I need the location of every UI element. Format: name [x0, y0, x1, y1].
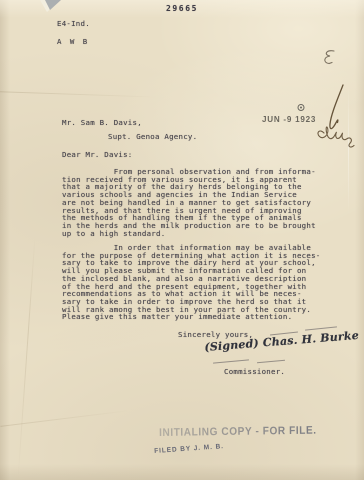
- body-paragraph-2: In order that information may be availab…: [62, 244, 320, 321]
- body-paragraph-1: From personal observation and from infor…: [62, 168, 316, 237]
- ink-initials-flourish: [312, 84, 364, 154]
- paper-crease: [17, 235, 35, 479]
- typist-initials: A W B: [57, 38, 89, 46]
- received-stamp-mark-icon: [297, 103, 305, 112]
- stamp-strike-mark: [213, 359, 249, 363]
- recipient-name: Mr. Sam B. Davis,: [62, 119, 142, 127]
- document-number: 29665: [0, 5, 364, 13]
- salutation: Dear Mr. Davis:: [62, 151, 133, 159]
- filed-by-stamp: FILED BY J. M. B.: [154, 443, 224, 455]
- initialing-copy-stamp: INITIALING COPY - FOR FILE.: [159, 425, 317, 439]
- date-received-stamp: JUN -9 1923: [262, 114, 316, 124]
- letter-document: 29665 E4-Ind. A W B JUN -9 1923 Mr. Sam …: [0, 0, 364, 480]
- signer-title: Commissioner.: [224, 368, 285, 376]
- file-code: E4-Ind.: [57, 20, 90, 28]
- recipient-title: Supt. Genoa Agency.: [108, 133, 197, 141]
- pencil-mark: [320, 48, 338, 68]
- stamp-strike-mark: [257, 360, 285, 363]
- paper-crease: [0, 410, 129, 427]
- paper-crease: [0, 91, 160, 98]
